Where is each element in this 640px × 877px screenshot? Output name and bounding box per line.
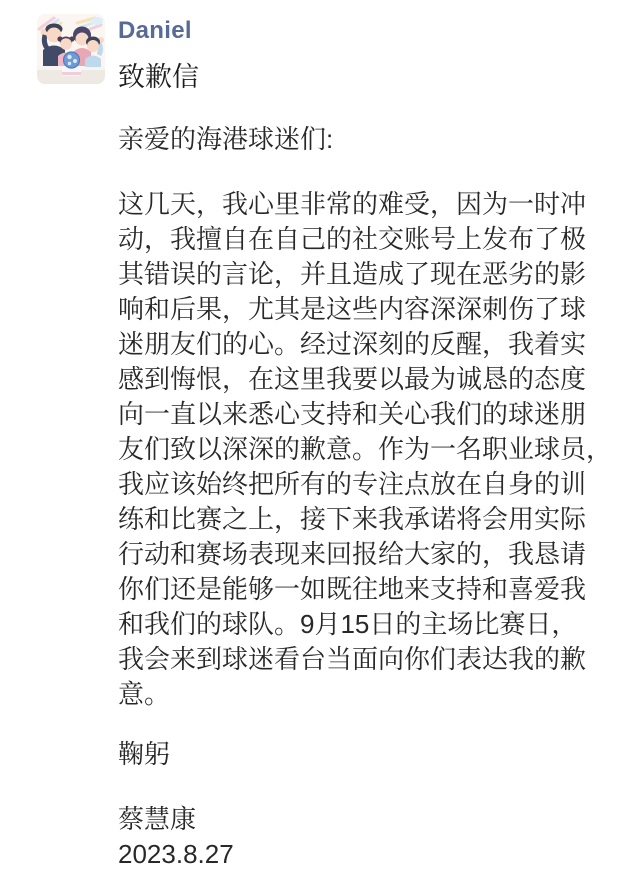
letter-date: 2023.8.27 — [118, 837, 623, 872]
letter-signature: 蔡慧康 — [118, 802, 623, 837]
author-name[interactable]: Daniel — [118, 17, 199, 45]
chat-post: Daniel 致歉信 亲爱的海港球迷们: 这几天，我心里非常的难受，因为一时冲 … — [0, 0, 640, 877]
avatar[interactable] — [37, 14, 105, 84]
post-header-text: Daniel 致歉信 — [118, 14, 199, 94]
post-title: 致歉信 — [118, 55, 199, 94]
letter-closing: 鞠躬 — [118, 737, 623, 772]
apology-letter: 亲爱的海港球迷们: 这几天，我心里非常的难受，因为一时冲 动，我擅自在自己的社交… — [118, 122, 623, 872]
family-avatar-illustration — [37, 14, 105, 84]
post-header: Daniel 致歉信 — [37, 14, 199, 94]
letter-body: 这几天，我心里非常的难受，因为一时冲 动，我擅自在自己的社交账号上发布了极 其错… — [118, 187, 623, 712]
letter-salutation: 亲爱的海港球迷们: — [118, 122, 623, 157]
